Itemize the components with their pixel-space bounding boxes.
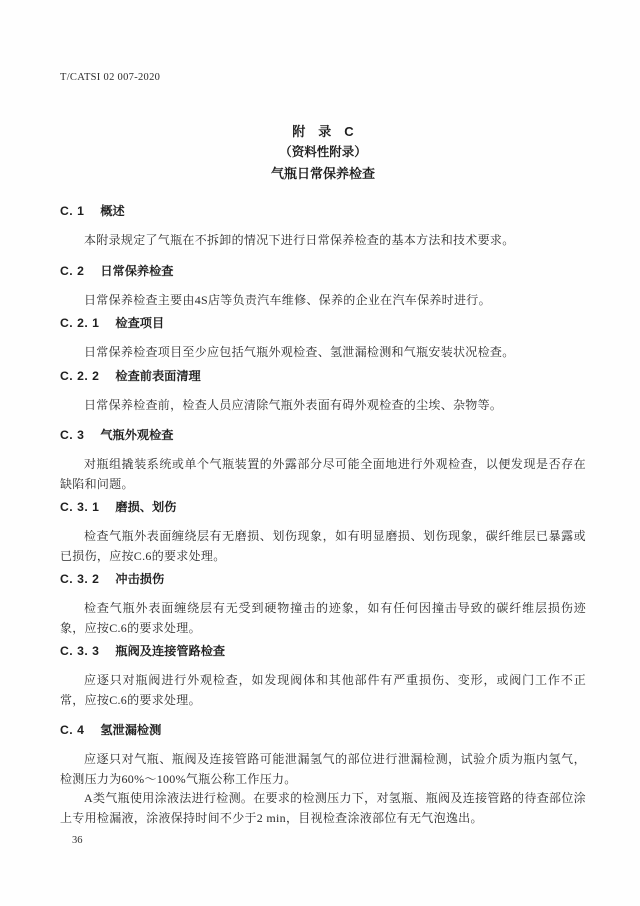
section-heading-c4: C. 4 氢泄漏检测 [60,720,586,740]
section-title: 检查项目 [115,313,164,333]
section-heading-c2: C. 2 日常保养检查 [60,261,586,281]
section-title: 氢泄漏检测 [100,720,161,740]
section-heading-c3-3: C. 3. 3 瓶阀及连接管路检查 [60,641,586,661]
section-number: C. 3. 2 [60,569,99,589]
section-paragraph: 日常保养检查主要由4S店等负责汽车维修、保养的企业在汽车保养时进行。 [60,291,586,311]
section-title: 检查前表面清理 [115,366,200,386]
section-heading-c3-1: C. 3. 1 磨损、划伤 [60,497,586,517]
section-paragraph: A类气瓶使用涂液法进行检测。在要求的检测压力下，对氢瓶、瓶阀及连接管路的待查部位… [60,789,586,828]
section-paragraph: 应逐只对气瓶、瓶阀及连接管路可能泄漏氢气的部位进行泄漏检测，试验介质为瓶内氢气，… [60,750,586,789]
section-heading-c2-1: C. 2. 1 检查项目 [60,313,586,333]
document-code: T/CATSI 02 007-2020 [60,72,586,83]
appendix-title-block: 附 录 C （资料性附录） 气瓶日常保养检查 [60,121,586,184]
section-paragraph: 检查气瓶外表面缠绕层有无受到硬物撞击的迹象，如有任何因撞击导致的碳纤维层损伤迹象… [60,599,586,638]
section-heading-c2-2: C. 2. 2 检查前表面清理 [60,366,586,386]
section-paragraph: 本附录规定了气瓶在不拆卸的情况下进行日常保养检查的基本方法和技术要求。 [60,231,586,251]
section-heading-c3: C. 3 气瓶外观检查 [60,425,586,445]
appendix-title-line3: 气瓶日常保养检查 [60,163,586,184]
section-title: 冲击损伤 [115,569,164,589]
section-heading-c3-2: C. 3. 2 冲击损伤 [60,569,586,589]
appendix-body: C. 1 概述 本附录规定了气瓶在不拆卸的情况下进行日常保养检查的基本方法和技术… [60,201,586,828]
section-number: C. 3 [60,425,84,445]
section-number: C. 2 [60,261,84,281]
section-paragraph: 日常保养检查前，检查人员应清除气瓶外表面有碍外观检查的尘埃、杂物等。 [60,396,586,416]
section-paragraph: 检查气瓶外表面缠绕层有无磨损、划伤现象，如有明显磨损、划伤现象，碳纤维层已暴露或… [60,527,586,566]
section-number: C. 1 [60,201,84,221]
section-paragraph: 应逐只对瓶阀进行外观检查，如发现阀体和其他部件有严重损伤、变形，或阀门工作不正常… [60,671,586,710]
section-title: 磨损、划伤 [115,497,176,517]
section-heading-c1: C. 1 概述 [60,201,586,221]
section-paragraph: 对瓶组撬装系统或单个气瓶装置的外露部分尽可能全面地进行外观检查，以便发现是否存在… [60,455,586,494]
section-title: 气瓶外观检查 [100,425,173,445]
document-page: T/CATSI 02 007-2020 附 录 C （资料性附录） 气瓶日常保养… [0,0,640,906]
section-number: C. 3. 3 [60,641,99,661]
section-title: 概述 [100,201,124,221]
appendix-title-line1: 附 录 C [60,121,586,142]
section-title: 瓶阀及连接管路检查 [115,641,225,661]
section-number: C. 2. 1 [60,313,99,333]
appendix-title-line2: （资料性附录） [60,142,586,163]
section-number: C. 4 [60,720,84,740]
page-number: 36 [72,835,586,846]
section-number: C. 3. 1 [60,497,99,517]
section-paragraph: 日常保养检查项目至少应包括气瓶外观检查、氢泄漏检测和气瓶安装状况检查。 [60,343,586,363]
section-number: C. 2. 2 [60,366,99,386]
section-title: 日常保养检查 [100,261,173,281]
